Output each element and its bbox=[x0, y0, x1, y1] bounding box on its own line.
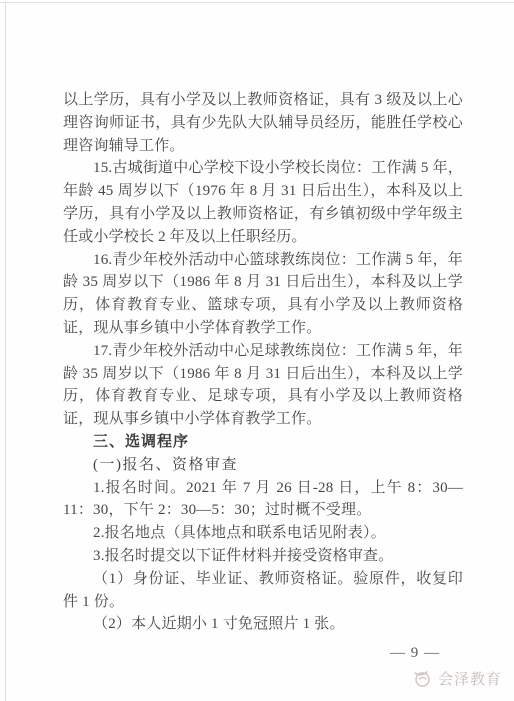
document-body: 以上学历，具有小学及以上教师资格证，具有 3 级及以上心理咨询师证书，具有少先队… bbox=[63, 89, 463, 636]
page-edge-left bbox=[5, 3, 6, 701]
paragraph: 16.青少年校外活动中心篮球教练岗位：工作满 5 年，年龄 35 周岁以下（19… bbox=[63, 249, 463, 340]
paragraph: 15.古城街道中心学校下设小学校长岗位：工作满 5 年，年龄 45 周岁以下（1… bbox=[63, 157, 463, 248]
paragraph: 17.青少年校外活动中心足球教练岗位：工作满 5 年，年龄 35 周岁以下（19… bbox=[63, 340, 463, 431]
page-edge-top bbox=[0, 2, 514, 3]
paragraph: 以上学历，具有小学及以上教师资格证，具有 3 级及以上心理咨询师证书，具有少先队… bbox=[63, 89, 463, 157]
section-heading: 三、选调程序 bbox=[63, 431, 463, 454]
paragraph: 1.报名时间。2021 年 7 月 26 日-28 日，上午 8：30—11：3… bbox=[63, 477, 463, 523]
watermark: 会泽教育 bbox=[412, 668, 502, 689]
paragraph: （1）身份证、毕业证、教师资格证。验原件，收复印件 1 份。 bbox=[63, 568, 463, 614]
paragraph: 2.报名地点（具体地点和联系电话见附表）。 bbox=[63, 522, 463, 545]
document-page: 以上学历，具有小学及以上教师资格证，具有 3 级及以上心理咨询师证书，具有少先队… bbox=[0, 0, 514, 701]
watermark-brand-text: 会泽教育 bbox=[438, 668, 502, 689]
huize-education-logo-icon bbox=[412, 668, 433, 689]
paragraph: （2）本人近期小 1 寸免冠照片 1 张。 bbox=[63, 613, 463, 636]
sub-section-heading: (一)报名、资格审查 bbox=[63, 454, 463, 477]
paragraph: 3.报名时提交以下证件材料并接受资格审查。 bbox=[63, 545, 463, 568]
page-number: — 9 — bbox=[390, 645, 440, 662]
